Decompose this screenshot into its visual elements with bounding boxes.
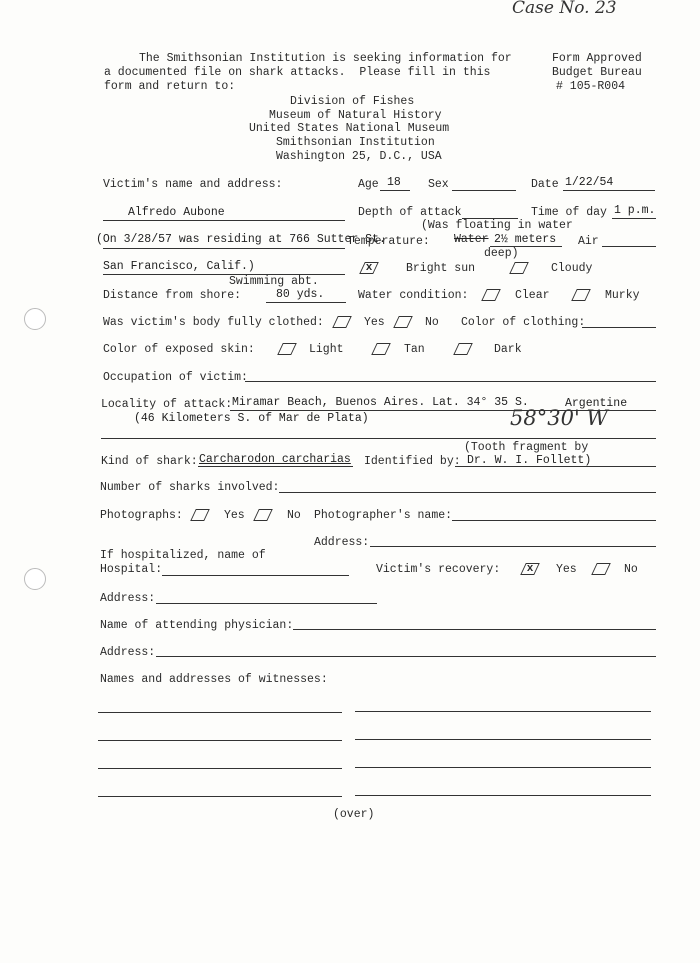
victim-address-line-2: San Francisco, Calif.) [103,260,255,274]
clothed-label: Was victim's body fully clothed: [103,316,324,330]
witness-field[interactable] [98,768,342,769]
distance-note: Swimming abt. [229,275,319,289]
temp-note-above: (Was floating in water [421,219,573,233]
sex-label: Sex [428,178,449,192]
photographer-field[interactable] [452,520,656,521]
photos-yes-label: Yes [224,509,245,523]
intro-line-3: form and return to: [104,80,235,94]
physician-address-label: Address: [100,646,155,660]
punch-hole [24,308,46,330]
shark-kind-value: Carcharodon carcharias [199,453,351,467]
sharks-count-field[interactable] [279,492,656,493]
bright-sun-checkbox[interactable]: x [359,262,379,274]
recovery-no-checkbox[interactable] [591,563,611,575]
physician-address-field[interactable] [156,656,656,657]
locality-label: Locality of attack: [101,398,232,412]
sharks-count-label: Number of sharks involved: [100,481,279,495]
recovery-no-label: No [624,563,638,577]
physician-field[interactable] [293,629,656,630]
sex-field[interactable] [452,190,516,191]
footer-over: (over) [333,808,374,822]
time-field[interactable] [612,218,656,219]
photos-no-label: No [287,509,301,523]
hospital-label-1: If hospitalized, name of [100,549,266,563]
depth-label: Depth of attack [358,206,462,220]
age-field[interactable] [380,190,410,191]
victim-address-line-1: (On 3/28/57 was residing at 766 Sutter S… [96,233,386,247]
case-number-handwritten: Case No. 23 [512,0,617,18]
water-condition-label: Water condition: [358,289,468,303]
clear-checkbox[interactable] [481,289,501,301]
recovery-label: Victim's recovery: [376,563,500,577]
age-label: Age [358,178,379,192]
photos-label: Photographs: [100,509,183,523]
locality-value-1: Miramar Beach, Buenos Aires. Lat. 34° 35… [232,396,529,410]
distance-value: 80 yds. [276,288,324,302]
murky-label: Murky [605,289,640,303]
hospital-field[interactable] [162,575,349,576]
intro-line-2: a documented file on shark attacks. Plea… [104,66,490,80]
witness-field[interactable] [98,740,342,741]
murky-checkbox[interactable] [571,289,591,301]
recovery-yes-checkbox[interactable]: x [520,563,540,575]
cloudy-checkbox[interactable] [509,262,529,274]
clothed-no-checkbox[interactable] [393,316,413,328]
identified-value: Dr. W. I. Follett) [467,454,591,468]
clothed-yes-checkbox[interactable] [332,316,352,328]
temperature-struck-text: Water [454,233,489,247]
address-line: Smithsonian Institution [276,136,435,150]
witness-field[interactable] [355,795,651,796]
recovery-yes-label: Yes [556,563,577,577]
occupation-label: Occupation of victim: [103,371,248,385]
shark-kind-label: Kind of shark: [101,455,198,469]
cloudy-label: Cloudy [551,262,592,276]
skin-light-checkbox[interactable] [277,343,297,355]
witnesses-label: Names and addresses of witnesses: [100,673,328,687]
photos-no-checkbox[interactable] [253,509,273,521]
address-line: Division of Fishes [290,95,414,109]
date-field[interactable] [563,190,655,191]
clothed-no-label: No [425,316,439,330]
hospital-address-label: Address: [100,592,155,606]
clothed-yes-label: Yes [364,316,385,330]
photographer-address-label: Address: [314,536,369,550]
witness-field[interactable] [98,796,342,797]
temperature-value: 2½ meters [494,233,556,247]
victim-name-field[interactable] [103,220,345,221]
witness-field[interactable] [98,712,342,713]
air-label: Air [578,235,599,249]
hospital-address-field[interactable] [156,603,377,604]
skin-tan-checkbox[interactable] [371,343,391,355]
identified-note: (Tooth fragment by [464,441,588,455]
approval-line-3: # 105-R004 [556,80,625,94]
witness-field[interactable] [355,711,651,712]
locality-value-2: (46 Kilometers S. of Mar de Plata) [134,412,369,426]
temp-note-below: deep) [484,247,519,261]
photographer-address-field[interactable] [370,546,656,547]
approval-line-2: Budget Bureau [552,66,642,80]
occupation-field[interactable] [245,381,656,382]
temperature-label: Temperature: [347,235,430,249]
witness-field[interactable] [355,739,651,740]
punch-hole [24,568,46,590]
distance-field[interactable] [266,302,346,303]
photos-yes-checkbox[interactable] [190,509,210,521]
approval-line-1: Form Approved [552,52,642,66]
time-value: 1 p.m. [614,204,655,218]
locality-field-2[interactable] [101,438,656,439]
address-line: Washington 25, D.C., USA [276,150,442,164]
clothing-color-label: Color of clothing: [461,316,585,330]
address-line: United States National Museum [249,122,449,136]
physician-label: Name of attending physician: [100,619,293,633]
hospital-label-2: Hospital: [100,563,162,577]
longitude-handwritten: 58°30' W [510,406,608,430]
skin-label: Color of exposed skin: [103,343,255,357]
witness-field[interactable] [355,767,651,768]
address-line: Museum of Natural History [269,109,442,123]
skin-dark-label: Dark [494,343,522,357]
air-field[interactable] [602,246,656,247]
date-label: Date [531,178,559,192]
skin-light-label: Light [309,343,344,357]
distance-label: Distance from shore: [103,289,241,303]
clothing-color-field[interactable] [582,327,656,328]
intro-line-1: The Smithsonian Institution is seeking i… [139,52,512,66]
identified-label: Identified by: [364,455,461,469]
bright-sun-label: Bright sun [406,262,475,276]
photographer-label: Photographer's name: [314,509,452,523]
victim-name-value: Alfredo Aubone [128,206,225,220]
victim-address-field-1[interactable] [103,248,345,249]
age-value: 18 [387,176,401,190]
clear-label: Clear [515,289,550,303]
date-value: 1/22/54 [565,176,613,190]
time-label: Time of day [531,206,607,220]
skin-dark-checkbox[interactable] [453,343,473,355]
victim-name-label: Victim's name and address: [103,178,282,192]
skin-tan-label: Tan [404,343,425,357]
